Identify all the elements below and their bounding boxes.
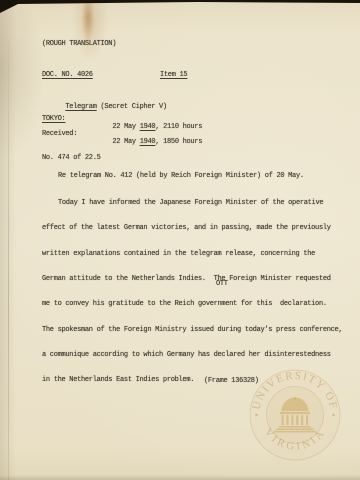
body-line: me to convey his gratitude to the Reich … — [42, 300, 342, 309]
item-number: Item 15 — [160, 71, 187, 79]
body-line: The spokesman of the Foreign Ministry is… — [42, 326, 342, 335]
uva-watermark-seal: UNIVERSITY OF VIRGINIA — [245, 365, 345, 465]
signature: OTT — [216, 280, 228, 288]
telegram-type-detail: (Secret Cipher V) — [97, 103, 167, 111]
document-scan: (ROUGH TRANSLATION) DOC. NO. 4026 Item 1… — [0, 0, 360, 480]
paper-sheet: (ROUGH TRANSLATION) DOC. NO. 4026 Item 1… — [0, 0, 360, 480]
body-line: effect of the latest German victories, a… — [42, 224, 342, 233]
received-date-prefix: 22 May — [112, 138, 139, 146]
classification-line: (ROUGH TRANSLATION) — [42, 40, 116, 48]
doc-number: DOC. NO. 4026 — [42, 71, 93, 79]
received-label: Received: — [42, 130, 77, 138]
seal-left-dot-icon — [255, 414, 258, 417]
seal-right-dot-icon — [332, 414, 335, 417]
re-line: Re telegram No. 412 (held by Reich Forei… — [58, 172, 304, 180]
received-datetime: 22 May 1940, 1850 hours — [89, 130, 202, 154]
received-year: 1940 — [140, 138, 156, 146]
body-line: written explanations contained in the te… — [42, 250, 342, 259]
body-line: German attitude to the Netherlands Indie… — [42, 275, 342, 284]
body-line: a communique according to which Germany … — [42, 351, 342, 360]
body-line: Today I have informed the Japanese Forei… — [42, 199, 342, 208]
telegram-type-label: Telegram — [65, 103, 96, 111]
received-date-suffix: , 1850 hours — [155, 138, 202, 146]
sent-place-label: TOKYO: — [42, 115, 65, 123]
reference-number: No. 474 of 22.5 — [42, 154, 101, 162]
